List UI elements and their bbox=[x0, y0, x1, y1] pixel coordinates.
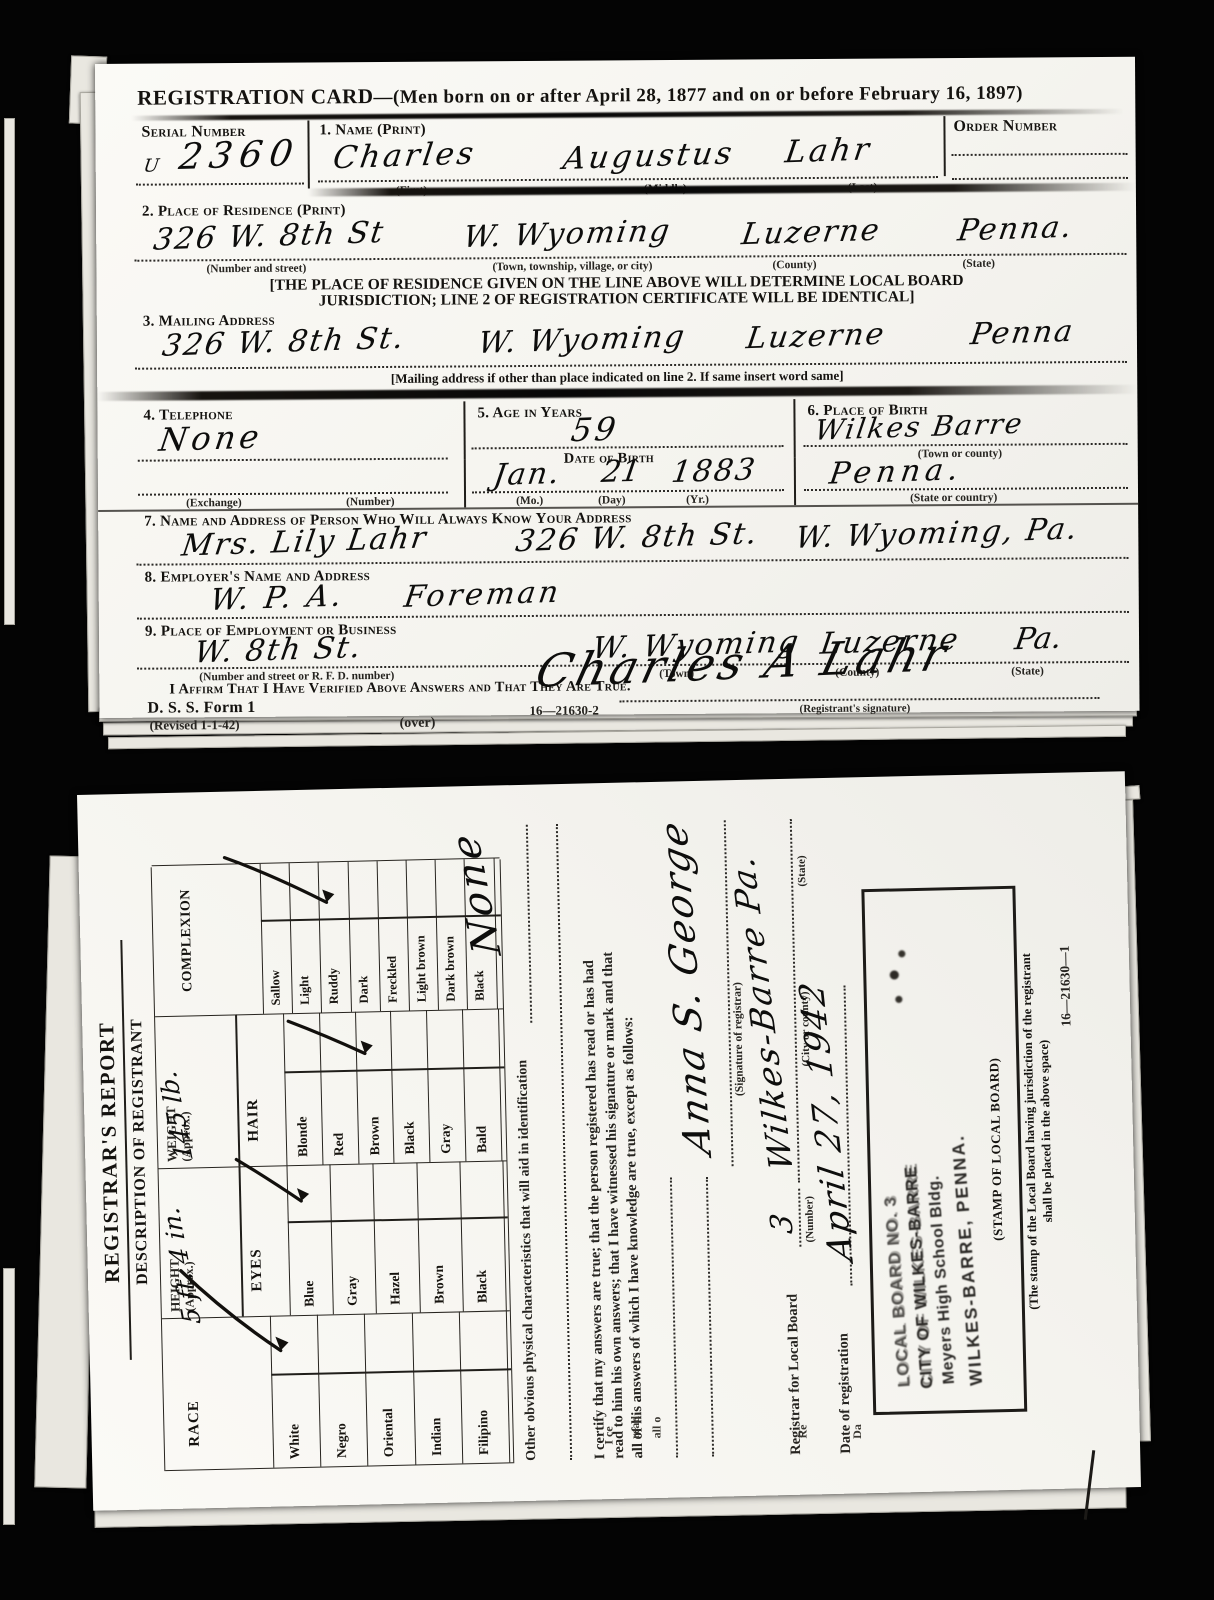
check-arrow-complexion-ruddy bbox=[216, 849, 337, 914]
undercard-fragment: Re bbox=[796, 1425, 811, 1439]
registrant-signature-label: (Registrant's signature) bbox=[799, 702, 910, 715]
telephone-sub-number: (Number) bbox=[346, 496, 395, 508]
residence-county-handwriting: Luzerne bbox=[739, 213, 883, 253]
table-row: Brown bbox=[417, 1161, 464, 1312]
dotted-line bbox=[952, 153, 1128, 156]
residence-town-handwriting: W. Wyoming bbox=[461, 213, 673, 255]
description-table: RACE White Negro Oriental Indian Filipin… bbox=[151, 859, 515, 1471]
hair-option-brown: Brown bbox=[366, 1116, 383, 1155]
residence-state-handwriting: Penna. bbox=[955, 210, 1075, 249]
hair-option-black: Black bbox=[402, 1121, 419, 1154]
employer-position-handwriting: Foreman bbox=[402, 575, 564, 615]
dotted-line bbox=[706, 1177, 714, 1457]
serial-number-handwriting: 2360 bbox=[176, 133, 302, 178]
eyes-rows: Blue Gray Hazel Brown Black bbox=[286, 1160, 506, 1315]
mailing-state-handwriting: Penna bbox=[968, 314, 1077, 352]
column-divider bbox=[463, 401, 465, 459]
telephone-handwriting: None bbox=[157, 417, 266, 458]
report-form-code: 16—21630—1 bbox=[1057, 945, 1075, 1026]
dotted-line bbox=[619, 697, 1099, 702]
dob-day-handwriting: 21 bbox=[599, 454, 642, 490]
birth-town-handwriting: Wilkes Barre bbox=[813, 407, 1026, 447]
birth-sub-state: (State or country) bbox=[910, 492, 997, 505]
eyes-option-black: Black bbox=[474, 1270, 491, 1303]
complexion-option-light: Light bbox=[297, 975, 313, 1005]
complexion-header: COMPLEXION bbox=[178, 865, 197, 1015]
table-row: Freckled bbox=[377, 861, 410, 1012]
dotted-line bbox=[472, 445, 784, 449]
mailing-street-handwriting: 326 W. 8th St. bbox=[160, 321, 408, 364]
column-divider bbox=[793, 399, 795, 457]
table-row: Dark bbox=[348, 861, 381, 1012]
complexion-option-black: Black bbox=[472, 970, 488, 1001]
undercard-fragment: I ce bbox=[602, 1426, 617, 1444]
column-divider bbox=[307, 121, 309, 189]
employer-name-handwriting: W. P. A. bbox=[208, 579, 347, 618]
dotted-line bbox=[952, 177, 1128, 180]
employment-street-handwriting: W. 8th St. bbox=[192, 630, 364, 671]
card-title-note: —(Men born on or after April 28, 1877 an… bbox=[373, 83, 1023, 109]
column-divider bbox=[464, 459, 466, 507]
form-over: (over) bbox=[400, 716, 436, 732]
eyes-option-blue: Blue bbox=[301, 1280, 318, 1307]
residence-sub-county: (County) bbox=[772, 259, 816, 271]
registration-card-front: REGISTRATION CARD—(Men born on or after … bbox=[95, 57, 1140, 718]
birth-state-handwriting: Penna. bbox=[827, 452, 965, 491]
race-option-white: White bbox=[286, 1424, 303, 1460]
scan-edge-sliver bbox=[3, 1268, 15, 1525]
mailing-county-handwriting: Luzerne bbox=[744, 317, 888, 357]
board-sub-number: (Number) bbox=[803, 1196, 816, 1243]
age-handwriting: 59 bbox=[569, 410, 621, 450]
board-number-handwriting: 3 bbox=[764, 1212, 800, 1236]
complexion-option-light-brown: Light brown bbox=[413, 935, 430, 1002]
stamp-ink-marks bbox=[882, 943, 924, 1014]
undercard-fragment: all o bbox=[649, 1417, 664, 1439]
race-option-indian: Indian bbox=[428, 1418, 445, 1457]
race-option-oriental: Oriental bbox=[380, 1408, 397, 1457]
residence-sub-street: (Number and street) bbox=[206, 263, 306, 276]
card-title-text: REGISTRATION CARD bbox=[137, 84, 373, 110]
eyes-option-brown: Brown bbox=[430, 1265, 447, 1304]
contact-name-handwriting: Mrs. Lily Lahr bbox=[179, 520, 430, 563]
race-rows: White Negro Oriental Indian Filipino bbox=[270, 1310, 510, 1467]
table-row: Indian bbox=[412, 1311, 463, 1464]
name-last-handwriting: Lahr bbox=[783, 131, 874, 170]
table-row: Hazel bbox=[374, 1162, 421, 1313]
check-arrow-race-white bbox=[171, 1258, 303, 1371]
residence-sub-town: (Town, township, village, or city) bbox=[492, 260, 652, 273]
date-value-handwriting: April 27, 1942 bbox=[791, 979, 861, 1263]
registrars-report-frame: REGISTRAR'S REPORT DESCRIPTION OF REGIST… bbox=[85, 783, 1133, 1499]
board-sub-state: (State) bbox=[796, 855, 809, 886]
dotted-line bbox=[138, 492, 448, 496]
dob-sub-day: (Day) bbox=[598, 494, 626, 506]
contact-town-handwriting: W. Wyoming, Pa. bbox=[793, 511, 1081, 555]
race-header: RACE bbox=[185, 1377, 204, 1469]
report-title: REGISTRAR'S REPORT bbox=[89, 794, 130, 1510]
eyes-option-hazel: Hazel bbox=[387, 1272, 404, 1305]
table-row: Black bbox=[391, 1010, 430, 1163]
undercard-fragment: read bbox=[628, 1416, 643, 1439]
serial-prefix-handwriting: U bbox=[142, 155, 160, 177]
form-revised: (Revised 1-1-42) bbox=[150, 717, 240, 734]
complexion-option-freckled: Freckled bbox=[384, 956, 400, 1003]
scan-edge-sliver bbox=[4, 118, 15, 625]
order-number-label: Order Number bbox=[953, 117, 1057, 136]
table-row: Bald bbox=[463, 1008, 502, 1161]
complexion-option-ruddy: Ruddy bbox=[326, 968, 342, 1004]
check-arrow-hair-brown bbox=[280, 1004, 376, 1066]
dotted-line bbox=[136, 183, 304, 186]
undercard-fragment: Da bbox=[850, 1424, 865, 1439]
dotted-line bbox=[670, 1178, 678, 1458]
card-title: REGISTRATION CARD—(Men born on or after … bbox=[137, 80, 1023, 111]
residence-street-handwriting: 326 W. 8th St bbox=[151, 215, 387, 258]
race-option-negro: Negro bbox=[334, 1423, 351, 1458]
residence-sub-state: (State) bbox=[962, 258, 995, 270]
dotted-line bbox=[318, 176, 938, 182]
employment-state-handwriting: Pa. bbox=[1012, 621, 1063, 658]
registrar-signature-handwriting: Anna S. George bbox=[651, 816, 720, 1157]
table-row: Negro bbox=[318, 1314, 369, 1467]
complexion-option-dark: Dark bbox=[356, 976, 372, 1004]
dotted-line bbox=[138, 458, 448, 462]
employment-sub-state: (State) bbox=[1011, 665, 1044, 677]
table-row: Gray bbox=[427, 1009, 466, 1162]
registrars-report-card: REGISTRAR'S REPORT DESCRIPTION OF REGIST… bbox=[77, 771, 1141, 1511]
column-divider bbox=[943, 116, 945, 176]
form-id: D. S. S. Form 1 bbox=[147, 699, 255, 718]
dob-year-handwriting: 1883 bbox=[669, 452, 759, 490]
dotted-line bbox=[556, 824, 572, 1460]
age-label: 5. Age in Years bbox=[477, 405, 582, 423]
complexion-option-dark-brown: Dark brown bbox=[442, 936, 458, 1002]
complexion-option-sallow: Sallow bbox=[268, 970, 284, 1006]
hair-option-gray: Gray bbox=[438, 1124, 455, 1154]
dotted-line bbox=[526, 825, 532, 1023]
eyes-option-gray: Gray bbox=[344, 1276, 361, 1306]
telephone-sub-exchange: (Exchange) bbox=[186, 497, 242, 509]
race-option-filipino: Filipino bbox=[475, 1410, 492, 1455]
form-code: 16—21630-2 bbox=[529, 702, 598, 718]
contact-street-handwriting: 326 W. 8th St. bbox=[513, 516, 761, 559]
hair-option-red: Red bbox=[331, 1133, 348, 1157]
table-row: Filipino bbox=[460, 1310, 511, 1463]
hair-option-bald: Bald bbox=[474, 1126, 491, 1153]
stamp-box: LOCAL BOARD NO. 3 CITY OF WILKES-BARRE M… bbox=[861, 886, 1027, 1415]
name-first-handwriting: Charles bbox=[331, 135, 479, 176]
stamp-caption: (STAMP OF LOCAL BOARD) bbox=[982, 889, 1010, 1409]
table-row: Oriental bbox=[365, 1313, 416, 1466]
name-middle-handwriting: Augustus bbox=[561, 135, 737, 177]
table-row: Light brown bbox=[407, 860, 440, 1011]
table-row: Black bbox=[460, 1160, 507, 1311]
characteristics-label: Other obvious physical characteristics t… bbox=[515, 1060, 540, 1461]
dob-sub-mo: (Mo.) bbox=[516, 495, 543, 507]
column-divider bbox=[794, 457, 796, 505]
mailing-town-handwriting: W. Wyoming bbox=[476, 319, 688, 361]
ink-smudge bbox=[308, 183, 1136, 197]
dob-month-handwriting: Jan. bbox=[491, 456, 563, 493]
table-row: Gray bbox=[331, 1163, 378, 1314]
check-arrow-eyes-blue bbox=[228, 1143, 315, 1215]
dob-sub-yr: (Yr.) bbox=[686, 494, 709, 506]
scanned-draft-card-page: REGISTRATION CARD—(Men born on or after … bbox=[0, 0, 1214, 1600]
